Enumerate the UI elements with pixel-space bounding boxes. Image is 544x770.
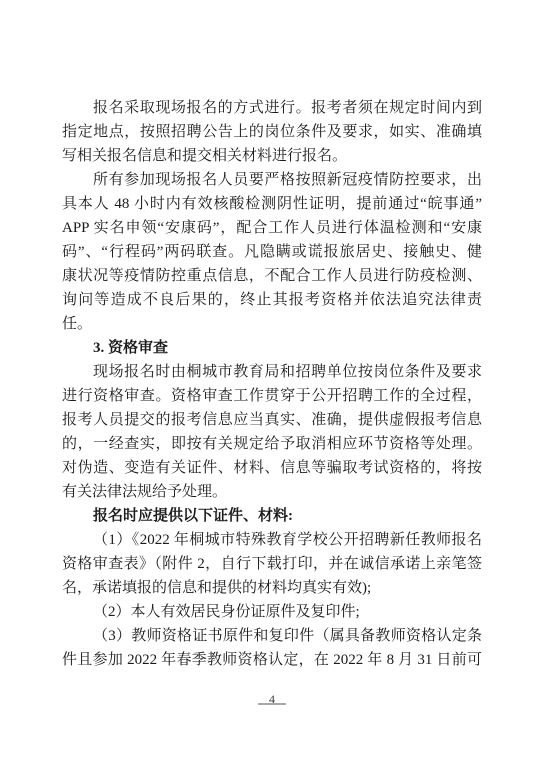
- text-line: 所有参加现场报名人员要严格按照新冠疫情防控要求，出: [62, 168, 482, 192]
- text-line: 进行资格审查。资格审查工作贯穿于公开招聘工作的全过程，: [62, 384, 482, 408]
- document-page: 报名采取现场报名的方式进行。报考者须在规定时间内到 指定地点，按照招聘公告上的岗…: [0, 0, 544, 770]
- text-line: 指定地点，按照招聘公告上的岗位条件及要求，如实、准确填: [62, 120, 482, 144]
- text-line: 任。: [62, 312, 482, 336]
- text-line: 具本人 48 小时内有效核酸检测阴性证明，提前通过“皖事通”: [62, 192, 482, 216]
- document-text: 报名采取现场报名的方式进行。报考者须在规定时间内到 指定地点，按照招聘公告上的岗…: [62, 96, 482, 672]
- section-heading: 3. 资格审查: [62, 336, 482, 360]
- text-line: 的，一经查实，即按有关规定给予取消相应环节资格等处理。: [62, 432, 482, 456]
- page-footer: 4: [0, 690, 544, 712]
- text-line: （3）教师资格证书原件和复印件（属具备教师资格认定条: [62, 624, 482, 648]
- text-line: 名，承诺填报的信息和提供的材料均真实有效);: [62, 576, 482, 600]
- text-line: 对伪造、变造有关证件、材料、信息等骗取考试资格的，将按: [62, 456, 482, 480]
- text-line: （1）《2022 年桐城市特殊教育学校公开招聘新任教师报名: [62, 528, 482, 552]
- text-line: 码”、“行程码”两码联查。凡隐瞒或谎报旅居史、接触史、健: [62, 240, 482, 264]
- text-line: 件且参加 2022 年春季教师资格认定，在 2022 年 8 月 31 日前可: [62, 648, 482, 672]
- page-number: 4: [0, 692, 544, 706]
- materials-heading: 报名时应提供以下证件、材料:: [62, 504, 482, 528]
- text-line: APP 实名申领“安康码”，配合工作人员进行体温检测和“安康: [62, 216, 482, 240]
- text-line: 有关法律法规给予处理。: [62, 480, 482, 504]
- text-line: （2）本人有效居民身份证原件及复印件;: [62, 600, 482, 624]
- text-line: 资格审查表》（附件 2，自行下载打印，并在诚信承诺上亲笔签: [62, 552, 482, 576]
- text-line: 写相关报名信息和提交相关材料进行报名。: [62, 144, 482, 168]
- text-line: 询问等造成不良后果的，终止其报考资格并依法追究法律责: [62, 288, 482, 312]
- text-line: 现场报名时由桐城市教育局和招聘单位按岗位条件及要求: [62, 360, 482, 384]
- text-line: 康状况等疫情防控重点信息，不配合工作人员进行防疫检测、: [62, 264, 482, 288]
- text-line: 报名采取现场报名的方式进行。报考者须在规定时间内到: [62, 96, 482, 120]
- text-line: 报考人员提交的报考信息应当真实、准确，提供虚假报考信息: [62, 408, 482, 432]
